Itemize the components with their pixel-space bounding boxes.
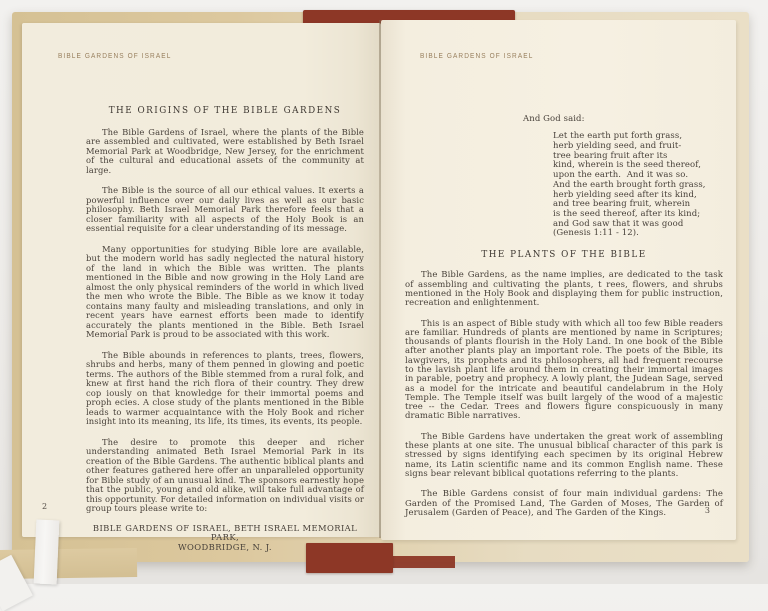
body-paragraph: The desire to promote this deeper and ri… [86, 438, 364, 514]
address-block: BIBLE GARDENS OF ISRAEL, BETH ISRAEL MEM… [86, 524, 364, 553]
bookmark-ribbon [34, 520, 60, 584]
right-page-content: And God said: Let the earth put forth gr… [405, 115, 723, 518]
body-paragraph: Many opportunities for studying Bible lo… [86, 245, 364, 340]
body-paragraph: The Bible Gardens of Israel, where the p… [86, 128, 364, 176]
body-paragraph: The Bible Gardens consist of four main i… [405, 490, 723, 518]
page-number-right: 3 [705, 506, 710, 515]
left-page-content: THE ORIGINS OF THE BIBLE GARDENS The Bib… [86, 107, 364, 552]
body-paragraph: The Bible Gardens, as the name implies, … [405, 271, 723, 308]
section-heading-origins: THE ORIGINS OF THE BIBLE GARDENS [86, 107, 364, 117]
scripture-quote: Let the earth put forth grass, herb yiel… [553, 132, 723, 239]
left-page: BIBLE GARDENS OF ISRAEL THE ORIGINS OF T… [22, 23, 381, 537]
right-page: BIBLE GARDENS OF ISRAEL And God said: Le… [381, 20, 736, 540]
quote-intro-line: And God said: [523, 115, 723, 124]
body-paragraph: The Bible is the source of all our ethic… [86, 186, 364, 234]
body-paragraph: The Bible Gardens have undertaken the gr… [405, 433, 723, 479]
photo-of-open-book: BIBLE GARDENS OF ISRAEL THE ORIGINS OF T… [0, 0, 768, 584]
body-paragraph: This is an aspect of Bible study with wh… [405, 320, 723, 422]
running-header-right: BIBLE GARDENS OF ISRAEL [420, 52, 533, 60]
page-number-left: 2 [42, 502, 47, 511]
book-gutter [379, 20, 381, 538]
body-paragraph: The Bible abounds in references to plant… [86, 351, 364, 427]
running-header-left: BIBLE GARDENS OF ISRAEL [58, 52, 171, 60]
section-heading-plants: THE PLANTS OF THE BIBLE [405, 251, 723, 260]
